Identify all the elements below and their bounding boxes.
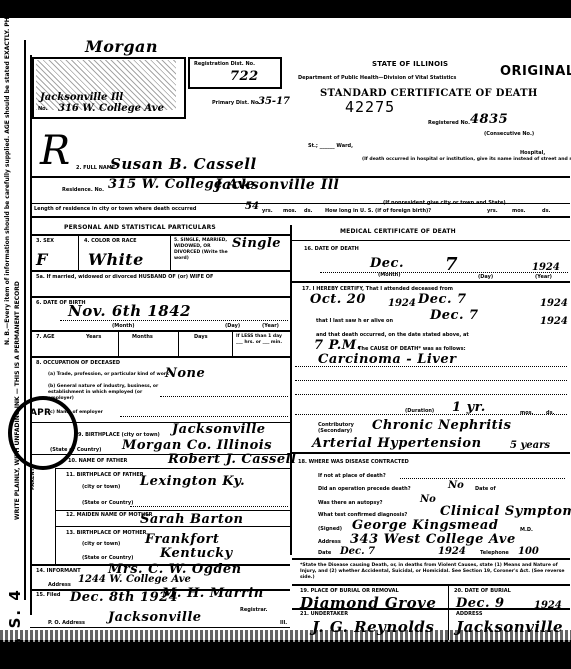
- age-label: 7. AGE: [36, 334, 55, 340]
- death-month-label: (Month): [378, 272, 401, 278]
- operation-label: Did an operation precede death?: [318, 486, 411, 492]
- certificate-number-stamp: 42275: [345, 98, 395, 116]
- rule: [295, 414, 567, 415]
- margin-instructions-2: WRITE PLAINLY, WITH UNFADING INK — THIS …: [14, 281, 21, 520]
- consecutive-no-label: (Consecutive No.): [484, 131, 534, 137]
- birthplace-state: Morgan Co. Illinois: [122, 438, 272, 453]
- rule: [160, 396, 288, 397]
- registration-dist-label: Registration Dist. No.: [194, 61, 255, 67]
- attended-to-year: 1924: [540, 298, 568, 309]
- registrar-label: Registrar.: [240, 607, 267, 613]
- age-years-label: Years: [86, 334, 101, 340]
- hospital-note: (If death occurred in hospital or instit…: [362, 157, 571, 162]
- po-address-label: P. O. Address: [48, 620, 85, 626]
- signed-label: (Signed): [318, 526, 342, 532]
- us-unit-yrs: yrs.: [487, 208, 498, 214]
- mother-birth-state: Kentucky: [160, 546, 233, 561]
- rule: [292, 584, 570, 586]
- spouse-label: 5a. If married, widowed or divorced HUSB…: [36, 274, 236, 280]
- birth-day-label: (Day): [225, 323, 240, 329]
- contributory-value: Chronic Nephritis: [372, 418, 511, 433]
- rule: [30, 216, 570, 218]
- scan-border-top: [0, 0, 571, 18]
- rule: [292, 608, 570, 610]
- cert-date-year: 1924: [438, 546, 466, 557]
- occupation-label: 8. OCCUPATION OF DECEASED: [36, 360, 120, 366]
- occupation-sub-b: (b) General nature of industry, business…: [48, 384, 168, 402]
- marital-value: Single: [232, 236, 281, 251]
- rule: [30, 356, 290, 358]
- po-address-suffix: Ill.: [280, 620, 287, 626]
- personal-section-title: PERSONAL AND STATISTICAL PARTICULARS: [64, 224, 216, 231]
- last-saw-value: Dec. 7: [430, 308, 479, 323]
- registration-dist-value: 722: [230, 69, 259, 84]
- telephone-label: Telephone: [480, 550, 509, 556]
- mother-birth-city-label: (city or town): [82, 541, 120, 547]
- last-saw-label: that I last saw h er alive on: [316, 318, 393, 324]
- attended-from-year: 1924: [388, 298, 416, 309]
- registration-dist-box: Registration Dist. No. 722: [188, 57, 282, 89]
- duration-value: 1 yr.: [452, 400, 486, 415]
- rule: [295, 366, 567, 367]
- rule: [120, 416, 288, 417]
- contributory-label: Contributory (Secondary): [318, 422, 368, 434]
- rule: [400, 478, 565, 479]
- signed-suffix: M.D.: [520, 527, 533, 533]
- rule: [30, 330, 290, 332]
- primary-dist-label: Primary Dist. No.: [212, 100, 260, 106]
- stamp-text: APR: [30, 408, 51, 418]
- birth-value: Nov. 6th 1842: [68, 302, 191, 320]
- physician-address-label: Address: [318, 539, 341, 545]
- if-not-label: If not at place of death?: [318, 473, 386, 479]
- undertaker-value: J. G. Reynolds: [312, 618, 434, 636]
- rule: [55, 468, 56, 564]
- hospital-label: Hospital,: [520, 150, 545, 156]
- us-unit-ds: ds.: [542, 208, 550, 214]
- contributory-value-2: Arterial Hypertension: [312, 436, 482, 451]
- mother-birth-state-label: (State or Country): [82, 555, 133, 561]
- us-label: How long in U. S. (if of foreign birth)?: [325, 208, 431, 214]
- informant-address: 1244 W. College Ave: [78, 574, 191, 585]
- rule: [295, 380, 567, 381]
- full-name-value: Susan B. Cassell: [110, 155, 257, 173]
- mother-birth-label: 13. BIRTHPLACE OF MOTHER: [66, 530, 147, 536]
- city-value: Jacksonville Ill: [40, 92, 123, 103]
- department-name: Department of Public Health—Division of …: [298, 75, 456, 81]
- state-name: STATE OF ILLINOIS: [372, 60, 448, 68]
- county-name: Morgan: [85, 37, 158, 56]
- birthplace-state-label: (State or Country): [50, 447, 101, 453]
- mother-value: Sarah Barton: [140, 512, 243, 527]
- father-birth-city-label: (city or town): [82, 484, 120, 490]
- rule: [55, 526, 290, 527]
- rule: [118, 330, 119, 356]
- margin-rule: [24, 40, 26, 600]
- margin-instructions: N. B.—Every item of information should b…: [4, 0, 11, 345]
- color-label: 4. COLOR OR RACE: [84, 238, 137, 244]
- rule: [55, 468, 290, 469]
- registrar-value: M. H. Marrin: [162, 586, 264, 601]
- rule: [170, 234, 171, 270]
- street-label: No.: [38, 106, 48, 112]
- father-birth-state-label: (State or Country): [82, 500, 133, 506]
- rule: [320, 272, 568, 273]
- cert-date-value: Dec. 7: [340, 546, 375, 557]
- po-address-value: Jacksonville: [108, 610, 202, 625]
- registered-no-value: 4835: [470, 112, 508, 127]
- frame-center-divider: [290, 225, 292, 555]
- telephone-value: 100: [518, 546, 539, 557]
- length-residence-label: Length of residence in city or town wher…: [34, 206, 196, 212]
- rule: [30, 627, 290, 628]
- rule: [292, 281, 570, 283]
- father-value: Robert J. Cassell: [168, 452, 296, 467]
- undertaker-label: 21. UNDERTAKER: [300, 611, 348, 617]
- last-saw-year: 1924: [540, 316, 568, 327]
- occupation-sub-a: (a) Trade, profession, or particular kin…: [48, 372, 169, 377]
- length-residence-value: 54: [245, 201, 259, 212]
- rule: [130, 506, 288, 507]
- operation-date-label: Date of: [475, 486, 496, 492]
- length-unit-mos: mos.: [283, 208, 297, 214]
- rule: [292, 240, 570, 241]
- registered-no-label: Registered No.: [428, 120, 470, 126]
- informant-address-label: Address: [48, 582, 71, 588]
- duration-unit-ds: ds.: [546, 410, 554, 416]
- physician-address-value: 343 West College Ave: [350, 532, 516, 547]
- rule: [232, 330, 233, 356]
- marital-label: 5. SINGLE, MARRIED, WIDOWED, OR DIVORCED…: [174, 238, 236, 262]
- age-months-label: Months: [132, 334, 153, 340]
- birth-month-label: (Month): [112, 323, 135, 329]
- attended-from: Oct. 20: [310, 292, 366, 307]
- frame-left: [30, 55, 32, 615]
- death-day-label: (Day): [478, 274, 493, 280]
- undertaker-address-value: Jacksonville: [456, 618, 563, 636]
- burial-date-label: 20. DATE OF BURIAL: [454, 588, 511, 594]
- footnote: *State the Disease causing Death, or, in…: [300, 563, 568, 581]
- us-unit-mos: mos.: [512, 208, 526, 214]
- cert-date-label: Date: [318, 550, 331, 556]
- age-less-label: If LESS than 1 day ___ hrs. or ___ min.: [236, 334, 288, 346]
- informant-label: 14. INFORMANT: [36, 568, 81, 574]
- contrib-duration-value: 5 years: [510, 440, 550, 451]
- operation-value: No: [448, 480, 464, 491]
- rule: [295, 394, 567, 395]
- rule: [292, 558, 570, 560]
- father-birth-city: Lexington Ky.: [140, 474, 245, 489]
- rule: [60, 320, 288, 321]
- filed-label: 15. Filed: [36, 592, 60, 598]
- father-label: 10. NAME OF FATHER: [68, 458, 127, 464]
- rule: [30, 203, 570, 204]
- primary-dist-value: 35-17: [258, 96, 290, 107]
- parents-sidebar: PARENTS: [30, 464, 36, 490]
- length-unit-yrs: yrs.: [262, 208, 273, 214]
- where-contracted-label: 18. WHERE WAS DISEASE CONTRACTED: [298, 459, 409, 465]
- rule: [78, 234, 79, 270]
- rule: [448, 584, 449, 640]
- form-id: V. S. 4: [6, 588, 24, 655]
- sex-value: F: [36, 250, 48, 269]
- length-unit-ds: ds.: [304, 208, 312, 214]
- confirmed-value: Clinical Symptoms: [440, 504, 571, 519]
- age-days-label: Days: [194, 334, 208, 340]
- residence-label: Residence. No.: [62, 187, 104, 193]
- residence-city: Jacksonville Ill: [215, 177, 339, 193]
- mother-birth-city: Frankfort: [145, 532, 219, 547]
- original-stamp: ORIGINAL: [500, 64, 571, 79]
- rule: [292, 452, 570, 454]
- duration-unit-mos: mos.: [520, 410, 534, 416]
- undertaker-address-label: ADDRESS: [456, 611, 482, 617]
- sex-label: 3. SEX: [36, 238, 54, 244]
- scan-border-bottom: [0, 640, 571, 669]
- big-r-flourish: R: [40, 128, 70, 174]
- father-birth-label: 11. BIRTHPLACE OF FATHER: [66, 472, 144, 478]
- rule: [30, 296, 290, 298]
- color-value: White: [88, 250, 144, 269]
- autopsy-value: No: [420, 494, 436, 505]
- occupation-value: None: [165, 366, 205, 381]
- death-date-label: 16. DATE OF DEATH: [304, 246, 359, 252]
- birth-year-label: (Year): [262, 323, 279, 329]
- cause-value: Carcinoma - Liver: [318, 352, 456, 367]
- medical-section-title: MEDICAL CERTIFICATE OF DEATH: [340, 228, 456, 235]
- death-time: 7 P.M.: [314, 338, 362, 353]
- birthplace-city: Jacksonville: [172, 422, 266, 437]
- rule: [178, 330, 179, 356]
- attended-to: Dec. 7: [418, 292, 467, 307]
- death-date-month: Dec.: [370, 256, 404, 271]
- signed-value: George Kingsmead: [352, 518, 498, 533]
- rule: [30, 270, 290, 272]
- rule: [55, 510, 290, 511]
- st-ward-label: St.; ______ Ward,: [308, 143, 353, 149]
- death-year-label: (Year): [535, 274, 552, 280]
- street-value: 316 W. College Ave: [58, 103, 164, 114]
- autopsy-label: Was there an autopsy?: [318, 500, 383, 506]
